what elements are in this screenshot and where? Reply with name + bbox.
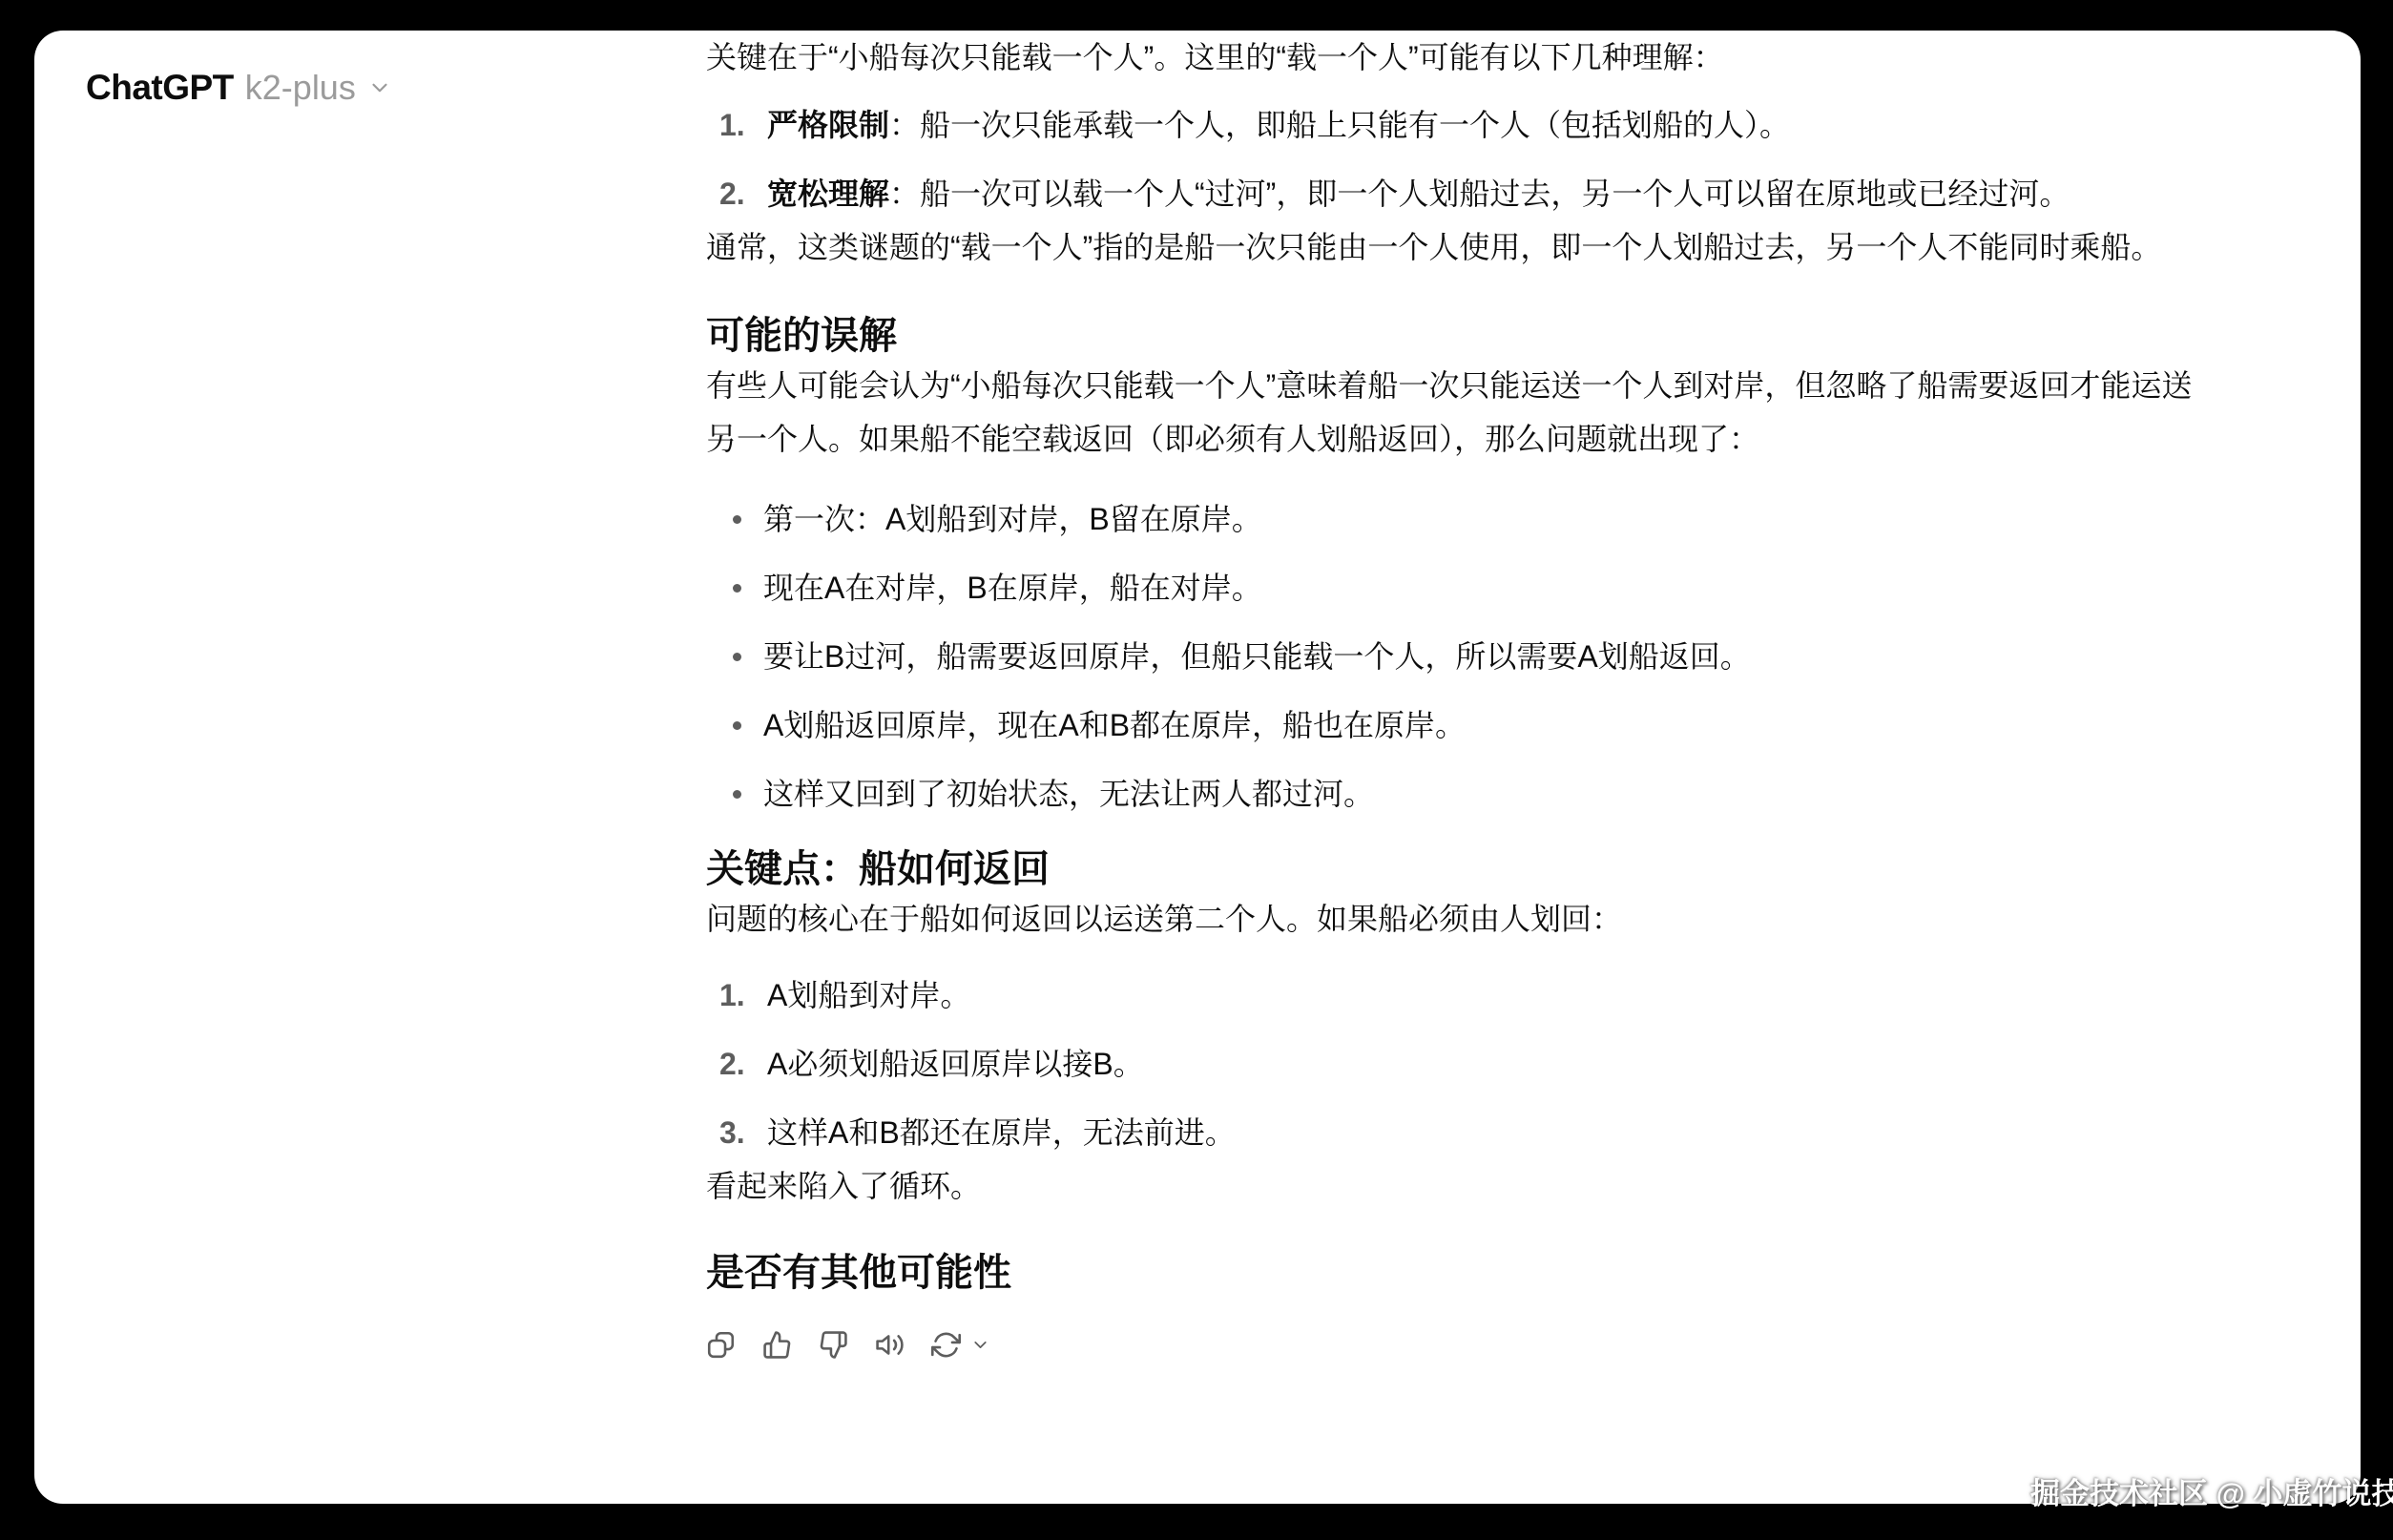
regenerate-button[interactable]	[931, 1330, 990, 1360]
thumbs-up-button[interactable]	[762, 1330, 792, 1360]
screen-background: ChatGPT k2-plus 关键在于“小船每次只能载一个人”。这里的“载一个…	[0, 0, 2393, 1540]
list-item: 这样又回到了初始状态，无法让两人都过河。	[706, 767, 2195, 821]
section-heading-misunderstanding: 可能的误解	[706, 313, 2195, 359]
list-term: 严格限制	[767, 108, 889, 142]
regenerate-icon	[931, 1330, 961, 1360]
list-number: 3.	[719, 1106, 745, 1159]
list-text: 严格限制：船一次只能承载一个人，即船上只能有一个人（包括划船的人）。	[767, 108, 1790, 142]
read-aloud-icon	[875, 1330, 905, 1360]
list-item: 3. 这样A和B都还在原岸，无法前进。	[706, 1106, 2195, 1159]
list-rest: ：船一次可以载一个人“过河”，即一个人划船过去，另一个人可以留在原地或已经过河。	[889, 177, 2070, 211]
list-item: 第一次：A划船到对岸，B留在原岸。	[706, 492, 2195, 546]
steps-list: 1. A划船到对岸。 2. A必须划船返回原岸以接B。 3. 这样A和B都还在原…	[706, 968, 2195, 1159]
read-aloud-button[interactable]	[875, 1330, 905, 1360]
list-item: 1. A划船到对岸。	[706, 968, 2195, 1022]
model-name: k2-plus	[245, 68, 356, 108]
list-item: 1. 严格限制：船一次只能承载一个人，即船上只能有一个人（包括划船的人）。	[706, 98, 2195, 152]
list-item: A划船返回原岸，现在A和B都在原岸，船也在原岸。	[706, 698, 2195, 752]
message-actions	[706, 1330, 2195, 1360]
list-number: 1.	[719, 968, 745, 1022]
interpretation-list: 1. 严格限制：船一次只能承载一个人，即船上只能有一个人（包括划船的人）。 2.…	[706, 98, 2195, 220]
chevron-down-icon	[367, 75, 392, 100]
copy-icon	[706, 1330, 736, 1360]
list-number: 2.	[719, 1037, 745, 1091]
paragraph: 问题的核心在于船如何返回以运送第二个人。如果船必须由人划回：	[706, 892, 2195, 946]
watermark: 掘金技术社区 @ 小虚竹说技术	[2030, 1469, 2393, 1512]
list-text: 这样又回到了初始状态，无法让两人都过河。	[763, 777, 1374, 811]
list-text: 这样A和B都还在原岸，无法前进。	[767, 1115, 1236, 1150]
app-title: ChatGPT	[86, 68, 234, 108]
chatgpt-window: ChatGPT k2-plus 关键在于“小船每次只能载一个人”。这里的“载一个…	[34, 31, 2361, 1504]
list-number: 2.	[719, 167, 745, 220]
copy-button[interactable]	[706, 1330, 736, 1360]
list-text: 宽松理解：船一次可以载一个人“过河”，即一个人划船过去，另一个人可以留在原地或已…	[767, 177, 2070, 211]
list-item: 2. 宽松理解：船一次可以载一个人“过河”，即一个人划船过去，另一个人可以留在原…	[706, 167, 2195, 220]
clipped-paragraph: 关键在于“小船每次只能载一个人”。这里的“载一个人”可能有以下几种理解：	[706, 31, 2195, 84]
model-selector[interactable]: ChatGPT k2-plus	[86, 65, 392, 111]
paragraph: 有些人可能会认为“小船每次只能载一个人”意味着船一次只能运送一个人到对岸，但忽略…	[706, 359, 2195, 466]
assistant-message: 关键在于“小船每次只能载一个人”。这里的“载一个人”可能有以下几种理解： 1. …	[706, 31, 2195, 1360]
list-item: 现在A在对岸，B在原岸，船在对岸。	[706, 561, 2195, 614]
misconception-bullet-list: 第一次：A划船到对岸，B留在原岸。 现在A在对岸，B在原岸，船在对岸。 要让B过…	[706, 492, 2195, 821]
list-item: 2. A必须划船返回原岸以接B。	[706, 1037, 2195, 1091]
thumbs-down-icon	[819, 1330, 848, 1360]
list-text: 现在A在对岸，B在原岸，船在对岸。	[763, 571, 1262, 605]
thumbs-down-button[interactable]	[819, 1330, 848, 1360]
list-rest: ：船一次只能承载一个人，即船上只能有一个人（包括划船的人）。	[889, 108, 1790, 142]
list-text: A划船到对岸。	[767, 978, 970, 1012]
list-text: A划船返回原岸，现在A和B都在原岸，船也在原岸。	[763, 708, 1466, 742]
paragraph: 看起来陷入了循环。	[706, 1159, 2195, 1213]
chevron-down-icon	[970, 1335, 990, 1355]
list-item: 要让B过河，船需要返回原岸，但船只能载一个人，所以需要A划船返回。	[706, 630, 2195, 683]
list-number: 1.	[719, 98, 745, 152]
paragraph: 通常，这类谜题的“载一个人”指的是船一次只能由一个人使用，即一个人划船过去，另一…	[706, 220, 2195, 274]
list-term: 宽松理解	[767, 177, 889, 211]
list-text: 要让B过河，船需要返回原岸，但船只能载一个人，所以需要A划船返回。	[763, 639, 1751, 674]
thumbs-up-icon	[762, 1330, 792, 1360]
section-heading-alternatives: 是否有其他可能性	[706, 1250, 2195, 1296]
list-text: 第一次：A划船到对岸，B留在原岸。	[763, 502, 1262, 536]
list-text: A必须划船返回原岸以接B。	[767, 1047, 1144, 1081]
section-heading-keypoint: 关键点：船如何返回	[706, 846, 2195, 892]
